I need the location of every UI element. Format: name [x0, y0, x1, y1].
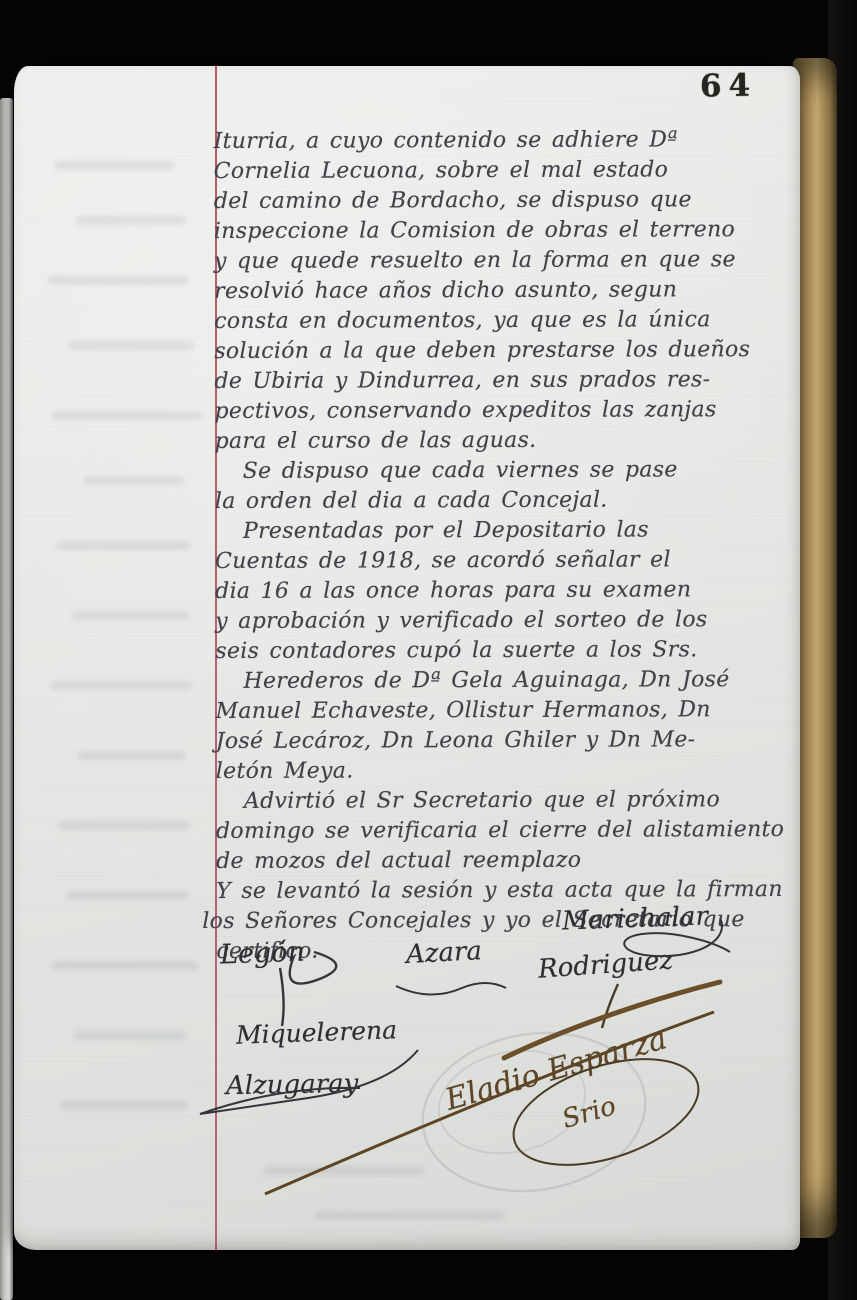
- manuscript-line: letón Meya.: [216, 755, 776, 787]
- manuscript-line: inspeccione la Comision de obras el terr…: [214, 215, 774, 247]
- manuscript-line: Manuel Echaveste, Ollistur Hermanos, Dn: [216, 695, 776, 727]
- manuscript-line: de mozos del actual reemplazo: [216, 845, 776, 877]
- bleed-streak: [69, 341, 194, 350]
- azara-rubric-path: [396, 983, 506, 995]
- bleed-streak: [72, 611, 190, 620]
- bleed-streak: [54, 161, 174, 170]
- manuscript-line: solución a la que deben prestarse los du…: [214, 335, 774, 367]
- manuscript-line: Iturria, a cuyo contenido se adhiere Dª: [214, 125, 774, 157]
- rodriguez-rubric-path: [602, 984, 618, 1028]
- bleed-streak: [52, 961, 198, 970]
- bleed-streak: [56, 541, 191, 550]
- manuscript-line: pectivos, conservando expeditos las zanj…: [214, 395, 774, 427]
- manuscript-line: seis contadores cupó la suerte a los Srs…: [215, 635, 775, 667]
- manuscript-page: 64 Iturria, a cuyo contenido se adhiere …: [14, 66, 800, 1250]
- signature-marichalar: Marichalar: [562, 901, 709, 936]
- bleed-streak: [48, 276, 188, 285]
- bleed-streak: [264, 1166, 424, 1175]
- signature-legon: Legón: [219, 937, 305, 971]
- manuscript-line: la orden del dia a cada Concejal.: [215, 485, 775, 517]
- bleed-streak: [60, 1101, 188, 1110]
- bleed-streak: [78, 751, 186, 760]
- manuscript-line: Advirtió el Sr Secretario que el próximo: [216, 785, 776, 817]
- bleed-streak: [76, 216, 186, 225]
- manuscript-line: y que quede resuelto en la forma en que …: [214, 245, 774, 277]
- left-page-edge: [0, 98, 13, 1300]
- page-number-stamp: 64: [700, 68, 758, 105]
- bleed-streak: [66, 891, 188, 900]
- manuscript-line: José Lecároz, Dn Leona Ghiler y Dn Me-: [216, 725, 776, 757]
- signature-azara: Azara: [405, 936, 482, 970]
- bleed-streak: [84, 476, 184, 485]
- manuscript-line: Herederos de Dª Gela Aguinaga, Dn José: [215, 665, 775, 697]
- manuscript-line: y aprobación y verificado el sorteo de l…: [215, 605, 775, 637]
- bleed-streak: [50, 681, 192, 690]
- manuscript-line: del camino de Bordacho, se dispuso que: [214, 185, 774, 217]
- bleed-streak: [74, 1031, 186, 1040]
- manuscript-line: de Ubiria y Dindurrea, en sus prados res…: [214, 365, 774, 397]
- manuscript-line: consta en documentos, ya que es la única: [214, 305, 774, 337]
- manuscript-line: Se dispuso que cada viernes se pase: [215, 455, 775, 487]
- manuscript-line: Cornelia Lecuona, sobre el mal estado: [214, 155, 774, 187]
- bleed-streak: [52, 411, 202, 420]
- manuscript-line: domingo se verificaria el cierre del ali…: [216, 815, 776, 847]
- manuscript-line: para el curso de las aguas.: [215, 425, 775, 457]
- signature-alzugaray: Alzugaray: [226, 1069, 359, 1101]
- signature-miquelerena: Miquelerena: [236, 1015, 398, 1050]
- manuscript-line: Cuentas de 1918, se acordó señalar el: [215, 545, 775, 577]
- manuscript-text-block: Iturria, a cuyo contenido se adhiere Dª …: [214, 125, 777, 967]
- manuscript-line: resolvió hace años dicho asunto, segun: [214, 275, 774, 307]
- bleed-streak: [58, 821, 190, 830]
- signature-esparza: Eladio Esparza: [442, 1021, 671, 1118]
- manuscript-line: dia 16 a las once horas para su examen: [215, 575, 775, 607]
- manuscript-line: Presentadas por el Depositario las: [215, 515, 775, 547]
- book-photo: 64 Iturria, a cuyo contenido se adhiere …: [0, 0, 857, 1300]
- bleed-streak: [314, 1211, 504, 1220]
- signature-esparza-title: Srio: [559, 1091, 619, 1135]
